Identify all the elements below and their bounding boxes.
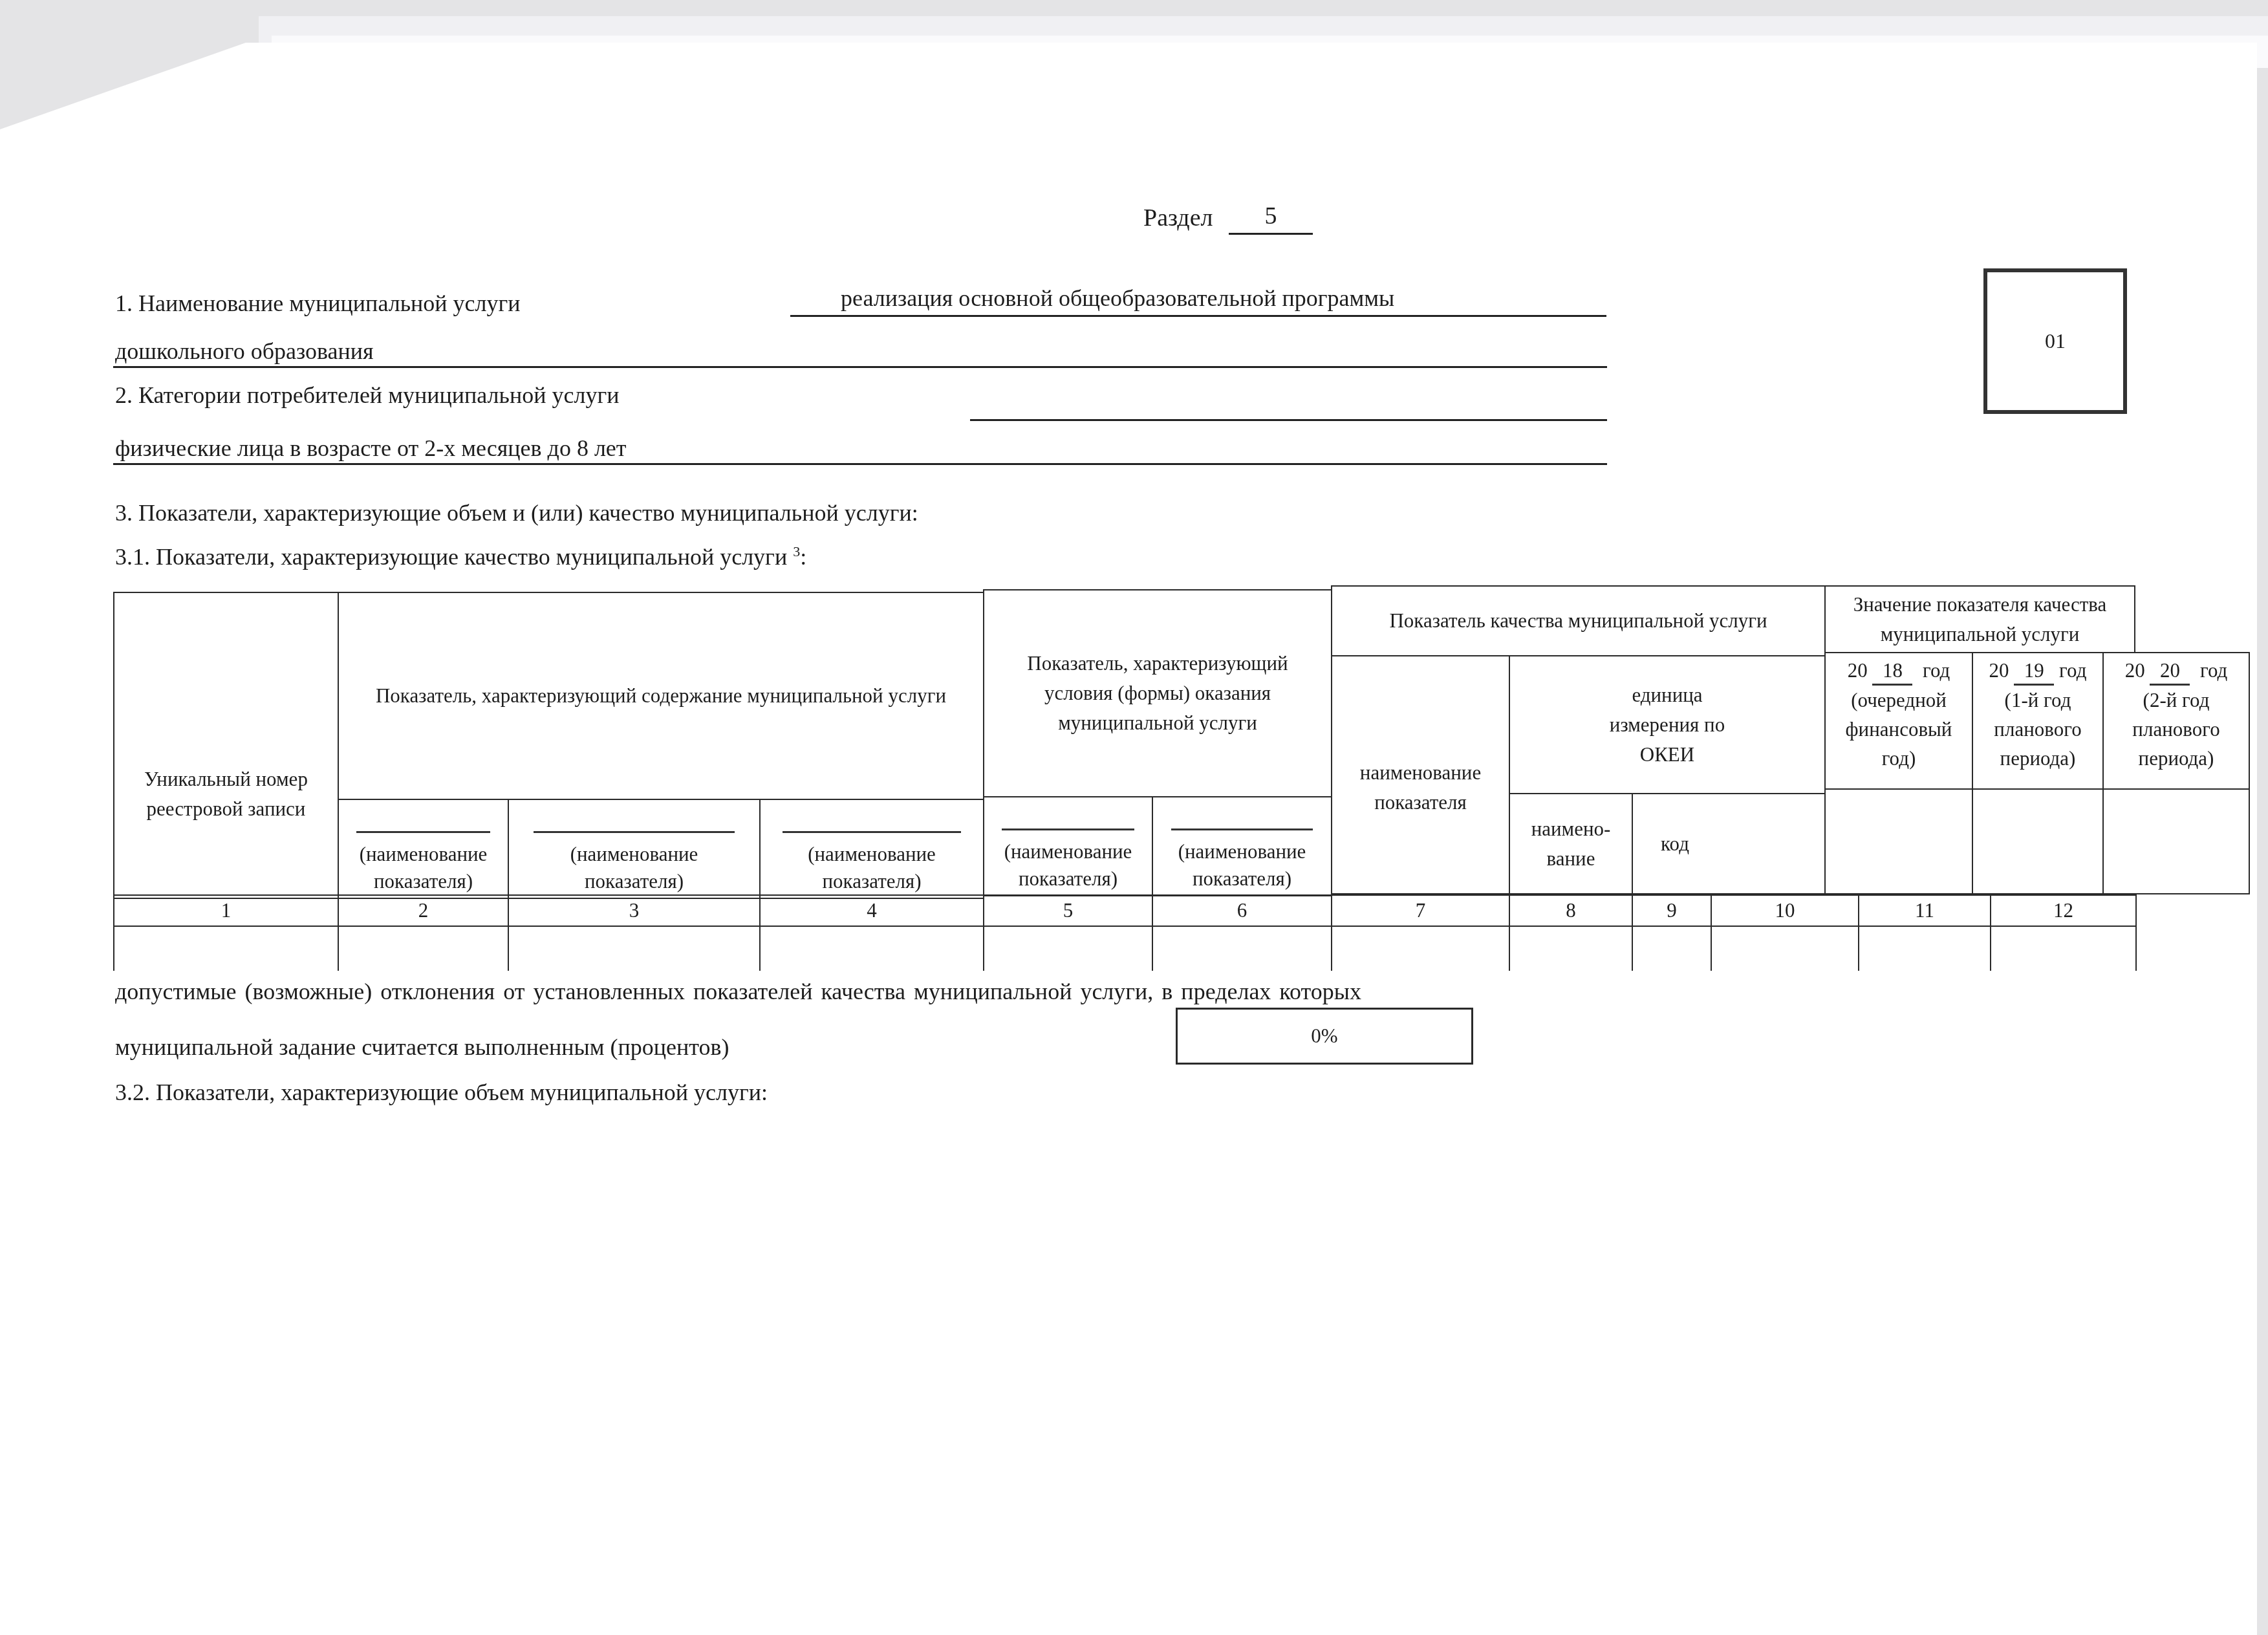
- item32-label: 3.2. Показатели, характеризующие объем м…: [115, 1079, 768, 1106]
- header-text: (наименование показателя): [763, 841, 980, 895]
- header-year-2018: 20 18 год (очередной финансовый год): [1824, 652, 1973, 790]
- column-number: 12: [1990, 894, 2137, 927]
- blank-line: [1171, 828, 1313, 830]
- table-cell: [1990, 926, 2137, 971]
- table-cell: [1858, 926, 1991, 971]
- column-number: 7: [1331, 894, 1510, 927]
- header-quality-indicator: Показатель качества муниципальной услуги: [1331, 585, 1826, 656]
- table-cell: [1632, 926, 1712, 971]
- item1-label: 1. Наименование муниципальной услуги: [115, 290, 521, 317]
- header-text: (наименование показателя): [1156, 838, 1328, 893]
- document-page: Раздел 5 01 1. Наименование муниципально…: [0, 0, 2257, 1635]
- section-label: Раздел: [1143, 204, 1213, 232]
- year-prefix: 20: [2125, 659, 2145, 682]
- table-cell: [338, 926, 509, 971]
- year-value: 18: [1872, 658, 1912, 686]
- year-suffix: год: [2059, 659, 2086, 682]
- header-unit-okei: единица измерения по ОКЕИ: [1509, 655, 1826, 794]
- year-suffix: год: [2200, 659, 2227, 682]
- item1-underline-2: [113, 366, 1607, 368]
- deviation-percent-box: 0%: [1176, 1008, 1473, 1065]
- table-cell: [113, 926, 339, 971]
- item31-text: 3.1. Показатели, характеризующие качеств…: [115, 544, 787, 570]
- quality-indicators-table: Уникальный номер реестровой записи Показ…: [113, 585, 2135, 973]
- blank-line: [356, 831, 490, 833]
- header-year-2020-blank: [2102, 788, 2250, 894]
- year-value: 19: [2014, 658, 2054, 686]
- year-note: (1-й год планового периода): [1976, 686, 2100, 773]
- table-cell: [1331, 926, 1510, 971]
- item31-suffix: :: [800, 544, 806, 570]
- year-line: 20 20 год: [2125, 656, 2228, 686]
- header-text: (наименование показателя): [341, 841, 505, 895]
- column-number: 10: [1711, 894, 1859, 927]
- table-cell: [759, 926, 984, 971]
- header-indicator-name: наименование показателя: [1331, 655, 1510, 894]
- deviation-text-line2: муниципальной задание считается выполнен…: [115, 1034, 729, 1061]
- blank-line: [783, 831, 961, 833]
- column-number: 8: [1509, 894, 1633, 927]
- item31-label: 3.1. Показатели, характеризующие качеств…: [115, 543, 806, 570]
- item1-underline: [790, 315, 1606, 317]
- item3-label: 3. Показатели, характеризующие объем и (…: [115, 499, 918, 526]
- header-year-2018-blank: [1824, 788, 1973, 894]
- column-number: 5: [983, 894, 1153, 927]
- item2-label: 2. Категории потребителей муниципальной …: [115, 382, 619, 409]
- header-sub-indicator-6: (наименование показателя): [1152, 796, 1332, 896]
- header-text: Уникальный номер реестровой записи: [117, 764, 335, 824]
- deviation-text-line1: допустимые (возможные) отклонения от уст…: [115, 978, 1361, 1005]
- column-number: 9: [1632, 894, 1712, 927]
- service-code-box: 01: [1983, 268, 2127, 414]
- header-text: Показатель, характеризующий содержание м…: [376, 681, 946, 711]
- header-text: (наименование показателя): [987, 838, 1149, 893]
- header-content-indicator: Показатель, характеризующий содержание м…: [338, 592, 984, 800]
- item2-value: физические лица в возрасте от 2-х месяце…: [115, 435, 627, 462]
- header-unit-name: наимено- вание: [1509, 793, 1633, 894]
- table-cell: [1509, 926, 1633, 971]
- column-number: 11: [1858, 894, 1991, 927]
- year-value: 20: [2150, 658, 2190, 686]
- header-year-2020: 20 20 год (2-й год планового периода): [2102, 652, 2250, 790]
- year-note: (2-й год планового периода): [2106, 686, 2246, 773]
- column-number: 1: [113, 894, 339, 927]
- item1-value-line1: реализация основной общеобразовательной …: [841, 285, 1394, 312]
- header-text: единица измерения по ОКЕИ: [1513, 680, 1822, 770]
- year-prefix: 20: [1989, 659, 2009, 682]
- header-text: наимено- вание: [1513, 814, 1629, 874]
- blank-line: [1002, 828, 1135, 830]
- header-text: (наименование показателя): [512, 841, 757, 895]
- column-number: 4: [759, 894, 984, 927]
- header-year-2019: 20 19 год (1-й год планового периода): [1972, 652, 2104, 790]
- blank-line: [534, 831, 735, 833]
- header-text: код: [1661, 829, 1689, 859]
- year-line: 20 19 год: [1989, 656, 2087, 686]
- header-sub-indicator-3: (наименование показателя): [508, 799, 761, 899]
- header-sub-indicator-2: (наименование показателя): [338, 799, 509, 899]
- item1-value-line2: дошкольного образования: [115, 338, 374, 365]
- table-cell: [1711, 926, 1859, 971]
- item2-underline: [970, 419, 1607, 421]
- header-sub-indicator-4: (наименование показателя): [759, 799, 984, 899]
- header-text: Значение показателя качества муниципальн…: [1828, 590, 2132, 649]
- header-conditions-indicator: Показатель, характеризующий условия (фор…: [983, 589, 1332, 797]
- header-sub-indicator-5: (наименование показателя): [983, 796, 1153, 896]
- header-text: Показатель качества муниципальной услуги: [1350, 606, 1806, 636]
- header-year-2019-blank: [1972, 788, 2104, 894]
- year-prefix: 20: [1848, 659, 1868, 682]
- footnote-marker: 3: [793, 543, 800, 559]
- year-note: (очередной финансовый год): [1828, 686, 1969, 773]
- header-registry-number: Уникальный номер реестровой записи: [113, 592, 339, 899]
- header-text: Показатель, характеризующий условия (фор…: [987, 649, 1328, 738]
- header-quality-value: Значение показателя качества муниципальн…: [1824, 585, 2135, 653]
- column-number: 3: [508, 894, 761, 927]
- table-cell: [1152, 926, 1332, 971]
- header-text: наименование показателя: [1335, 758, 1506, 817]
- table-cell: [508, 926, 761, 971]
- section-number: 5: [1229, 202, 1313, 235]
- column-number: 6: [1152, 894, 1332, 927]
- item2-underline-2: [113, 463, 1607, 465]
- year-suffix: год: [1923, 659, 1950, 682]
- year-line: 20 18 год: [1848, 656, 1950, 686]
- header-unit-code: код: [1632, 793, 1826, 894]
- column-number: 2: [338, 894, 509, 927]
- table-cell: [983, 926, 1153, 971]
